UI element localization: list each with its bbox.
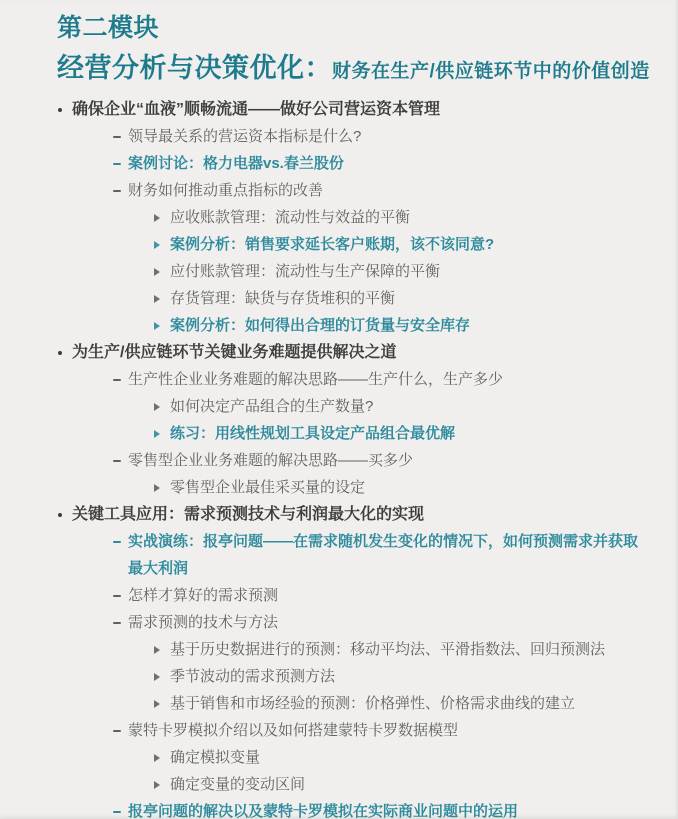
section-title: 经营分析与决策优化： <box>57 53 332 83</box>
outline-item-text: 如何决定产品组合的生产数量? <box>170 393 373 420</box>
outline-item: 练习：用线性规划工具设定产品组合最优解 <box>0 420 678 447</box>
outline-item-text: 确定变量的变动区间 <box>170 771 305 798</box>
outline-item-text: 存货管理：缺货与存货堆积的平衡 <box>170 285 395 312</box>
outline-item-text: 季节波动的需求预测方法 <box>170 663 335 690</box>
arrow-bullet-icon <box>154 268 160 276</box>
arrow-bullet-icon <box>154 241 160 249</box>
dot-bullet-icon <box>58 351 62 355</box>
outline-item: 怎样才算好的需求预测 <box>0 582 678 609</box>
outline-list: 确保企业“血液”顺畅流通——做好公司营运资本管理领导最关系的营运资本指标是什么?… <box>0 96 678 819</box>
outline-item-text: 报亭问题的解决以及蒙特卡罗模拟在实际商业问题中的运用 <box>128 798 518 819</box>
dash-bullet-icon <box>113 190 121 192</box>
dash-bullet-icon <box>113 622 121 624</box>
dash-bullet-icon <box>113 460 121 462</box>
arrow-bullet-icon <box>154 403 160 411</box>
outline-item-text: 财务如何推动重点指标的改善 <box>128 177 323 204</box>
arrow-bullet-icon <box>154 295 160 303</box>
outline-item-text: 案例分析：如何得出合理的订货量与安全库存 <box>170 312 470 339</box>
outline-item: 领导最关系的营运资本指标是什么? <box>0 123 678 150</box>
outline-item-text: 案例分析：销售要求延长客户账期，该不该同意? <box>170 231 494 258</box>
outline-item-text: 应收账款管理：流动性与效益的平衡 <box>170 204 410 231</box>
outline-item: 存货管理：缺货与存货堆积的平衡 <box>0 285 678 312</box>
outline-item-text: 零售型企业最佳采买量的设定 <box>170 474 365 501</box>
outline-item: 案例分析：如何得出合理的订货量与安全库存 <box>0 312 678 339</box>
dash-bullet-icon <box>113 541 121 543</box>
outline-item: 财务如何推动重点指标的改善 <box>0 177 678 204</box>
outline-item-text: 零售型企业业务难题的解决思路——买多少 <box>128 447 413 474</box>
dash-bullet-icon <box>113 811 121 813</box>
outline-item: 零售型企业最佳采买量的设定 <box>0 474 678 501</box>
outline-item-text: 实战演练：报亭问题——在需求随机发生变化的情况下，如何预测需求并获取最大利润 <box>128 528 644 582</box>
module-title: 第二模块 <box>57 12 668 44</box>
outline-item-text: 基于历史数据进行的预测：移动平均法、平滑指数法、回归预测法 <box>170 636 605 663</box>
outline-item: 为生产/供应链环节关键业务难题提供解决之道 <box>0 339 678 366</box>
arrow-bullet-icon <box>154 430 160 438</box>
outline-item: 应收账款管理：流动性与效益的平衡 <box>0 204 678 231</box>
arrow-bullet-icon <box>154 781 160 789</box>
outline-item: 案例讨论：格力电器vs.春兰股份 <box>0 150 678 177</box>
outline-item: 关键工具应用：需求预测技术与利润最大化的实现 <box>0 501 678 528</box>
section-subtitle: 财务在生产/供应链环节中的价值创造 <box>332 61 650 82</box>
outline-item-text: 怎样才算好的需求预测 <box>128 582 278 609</box>
outline-item: 零售型企业业务难题的解决思路——买多少 <box>0 447 678 474</box>
arrow-bullet-icon <box>154 484 160 492</box>
outline-item: 生产性企业业务难题的解决思路——生产什么，生产多少 <box>0 366 678 393</box>
outline-item: 报亭问题的解决以及蒙特卡罗模拟在实际商业问题中的运用 <box>0 798 678 819</box>
arrow-bullet-icon <box>154 673 160 681</box>
outline-item-text: 为生产/供应链环节关键业务难题提供解决之道 <box>72 339 396 366</box>
outline-item-text: 确保企业“血液”顺畅流通——做好公司营运资本管理 <box>72 96 440 123</box>
outline-item: 应付账款管理：流动性与生产保障的平衡 <box>0 258 678 285</box>
outline-item-text: 基于销售和市场经验的预测：价格弹性、价格需求曲线的建立 <box>170 690 575 717</box>
outline-item: 案例分析：销售要求延长客户账期，该不该同意? <box>0 231 678 258</box>
outline-item-text: 案例讨论：格力电器vs.春兰股份 <box>128 150 344 177</box>
outline-item-text: 生产性企业业务难题的解决思路——生产什么，生产多少 <box>128 366 503 393</box>
outline-item: 需求预测的技术与方法 <box>0 609 678 636</box>
outline-item-text: 应付账款管理：流动性与生产保障的平衡 <box>170 258 440 285</box>
arrow-bullet-icon <box>154 754 160 762</box>
arrow-bullet-icon <box>154 214 160 222</box>
slide-title-block: 第二模块 经营分析与决策优化：财务在生产/供应链环节中的价值创造 <box>57 12 668 85</box>
outline-item: 基于销售和市场经验的预测：价格弹性、价格需求曲线的建立 <box>0 690 678 717</box>
outline-item-text: 确定模拟变量 <box>170 744 260 771</box>
dot-bullet-icon <box>58 513 62 517</box>
dash-bullet-icon <box>113 595 121 597</box>
dot-bullet-icon <box>58 108 62 112</box>
outline-item: 基于历史数据进行的预测：移动平均法、平滑指数法、回归预测法 <box>0 636 678 663</box>
outline-item-text: 蒙特卡罗模拟介绍以及如何搭建蒙特卡罗数据模型 <box>128 717 458 744</box>
dash-bullet-icon <box>113 136 121 138</box>
outline-item: 确保企业“血液”顺畅流通——做好公司营运资本管理 <box>0 96 678 123</box>
outline-item: 确定变量的变动区间 <box>0 771 678 798</box>
outline-item: 如何决定产品组合的生产数量? <box>0 393 678 420</box>
outline-item-text: 练习：用线性规划工具设定产品组合最优解 <box>170 420 455 447</box>
dash-bullet-icon <box>113 379 121 381</box>
dash-bullet-icon <box>113 163 121 165</box>
slide: 第二模块 经营分析与决策优化：财务在生产/供应链环节中的价值创造 确保企业“血液… <box>0 0 678 819</box>
outline-item: 确定模拟变量 <box>0 744 678 771</box>
outline-item: 实战演练：报亭问题——在需求随机发生变化的情况下，如何预测需求并获取最大利润 <box>0 528 678 582</box>
outline-item-text: 需求预测的技术与方法 <box>128 609 278 636</box>
arrow-bullet-icon <box>154 700 160 708</box>
dash-bullet-icon <box>113 730 121 732</box>
outline-item: 蒙特卡罗模拟介绍以及如何搭建蒙特卡罗数据模型 <box>0 717 678 744</box>
outline-item: 季节波动的需求预测方法 <box>0 663 678 690</box>
outline-item-text: 领导最关系的营运资本指标是什么? <box>128 123 361 150</box>
section-title-line: 经营分析与决策优化：财务在生产/供应链环节中的价值创造 <box>57 46 668 85</box>
arrow-bullet-icon <box>154 322 160 330</box>
arrow-bullet-icon <box>154 646 160 654</box>
outline-item-text: 关键工具应用：需求预测技术与利润最大化的实现 <box>72 501 424 528</box>
